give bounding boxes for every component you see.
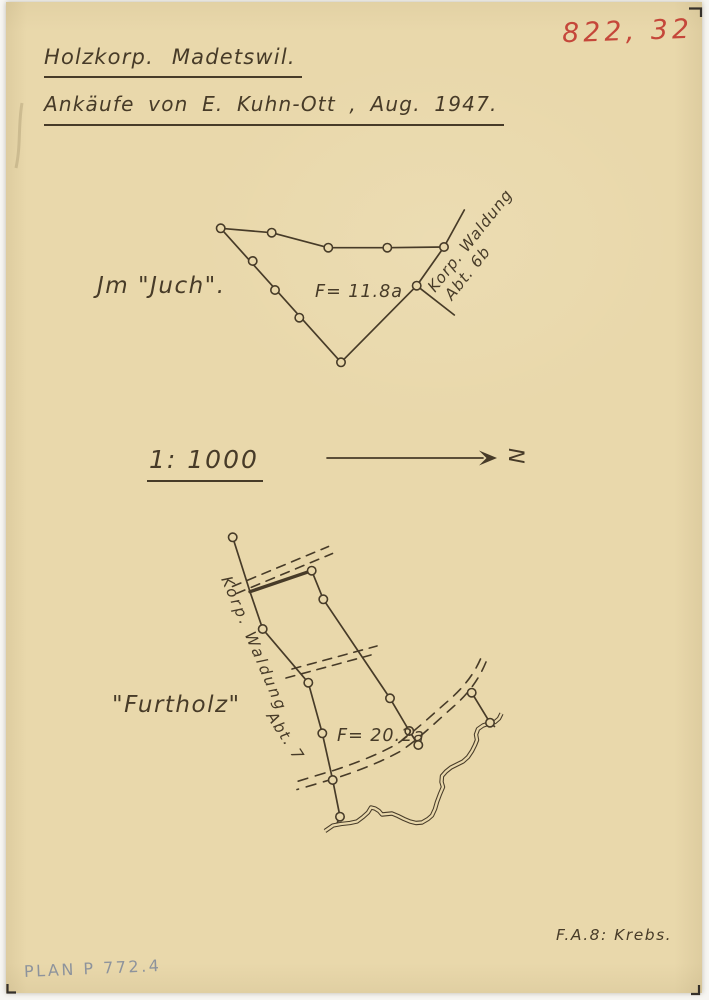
dashed-path-road <box>294 659 486 790</box>
plan-title: Holzkorp. Madetswil. <box>44 45 302 78</box>
parcel-juch-name: Jm "Juch". <box>93 273 226 299</box>
credit-label: F.A.8: Krebs. <box>556 926 672 944</box>
survey-drawing: Jm "Juch". F= 11.8a Korp. Waldung Abt. 6… <box>0 0 709 1000</box>
scale-label: 1: 1000 <box>147 445 263 482</box>
parcel-furtholz-name: "Furtholz" <box>112 692 241 718</box>
scanned-plan-page: { "page": { "paper_color": "#e9d8ab", "i… <box>0 0 709 1000</box>
archive-number: 822, 32 <box>561 14 693 50</box>
parcel-furtholz-boundary-label-2: Abt. 7 <box>262 708 308 765</box>
corner-mark-bottom-left <box>8 984 17 993</box>
parcel-furtholz-area: F= 20.2a <box>337 726 425 746</box>
parcel-juch-area: F= 11.8a <box>315 282 403 302</box>
north-arrow-icon <box>327 451 497 466</box>
corner-mark-bottom-right <box>691 985 699 994</box>
north-label: N <box>504 448 528 464</box>
plan-subtitle: Ankäufe von E. Kuhn-Ott , Aug. 1947. <box>44 92 504 126</box>
paper-crease <box>16 103 22 168</box>
